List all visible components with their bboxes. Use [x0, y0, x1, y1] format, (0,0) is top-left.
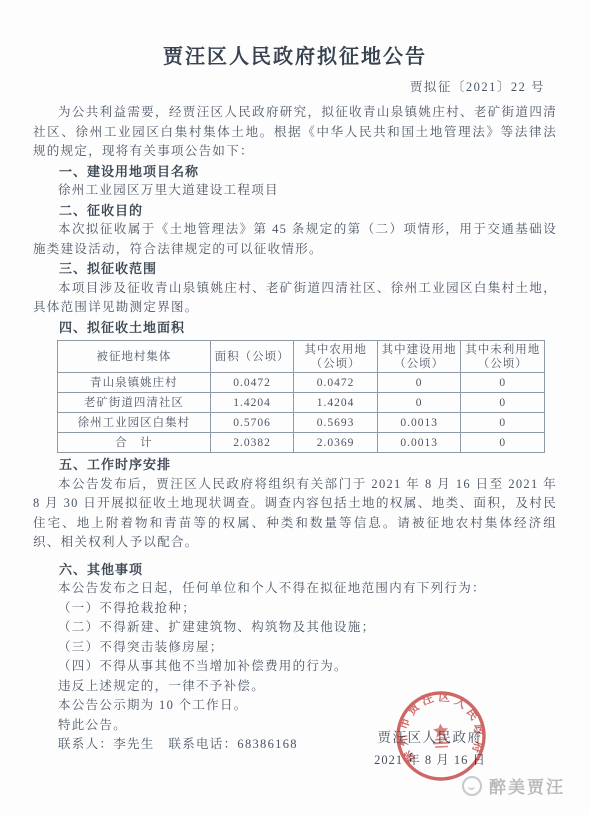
prohibited-item-1: （一）不得抢栽抢种； — [33, 599, 557, 619]
section-1-body: 徐州工业园区万里大道建设工程项目 — [33, 181, 557, 201]
section-4-title: 四、拟征收土地面积 — [33, 318, 557, 338]
announcement-document: 贾汪区人民政府拟征地公告 贾拟征〔2021〕22 号 为公共利益需要，经贾汪区人… — [0, 0, 590, 815]
section-6-title: 六、其他事项 — [33, 560, 557, 580]
section-5-body: 本公告发布后，贾汪区人民政府将组织有关部门于 2021 年 8 月 16 日至 … — [33, 475, 557, 553]
table-total-row: 合 计 2.0382 2.0369 0.0013 0 — [58, 433, 545, 453]
section-6-intro: 本公告发布之日起，任何单位和个人不得在拟征地范围内有下列行为： — [33, 579, 557, 599]
table-cell: 0 — [461, 373, 545, 393]
table-cell: 青山泉镇姚庄村 — [58, 373, 211, 393]
table-cell: 1.4204 — [210, 393, 294, 413]
document-number: 贾拟征〔2021〕22 号 — [33, 79, 545, 96]
official-seal: 徐州市贾汪区人民政府 — [391, 686, 492, 787]
table-cell: 0.0013 — [377, 413, 461, 433]
table-cell: 0.0013 — [377, 433, 461, 453]
table-header-area: 面积（公顷） — [210, 341, 294, 373]
table-row: 青山泉镇姚庄村 0.0472 0.0472 0 0 — [58, 373, 545, 393]
section-3-body: 本项目涉及征收青山泉镇姚庄村、老矿街道四清社区、徐州工业园区白集村土地，具体范围… — [33, 279, 557, 318]
table-cell: 0 — [377, 373, 461, 393]
table-cell: 徐州工业园区白集村 — [58, 413, 211, 433]
seal-emblem-icon — [432, 723, 450, 748]
table-row: 徐州工业园区白集村 0.5706 0.5693 0.0013 0 — [58, 413, 545, 433]
table-cell: 0.0472 — [294, 373, 378, 393]
table-header-farmland: 其中农用地 （公顷） — [294, 341, 378, 373]
seal-ring — [396, 691, 486, 781]
section-1-title: 一、建设用地项目名称 — [33, 162, 557, 182]
table-cell: 1.4204 — [294, 393, 378, 413]
prohibited-item-2: （二）不得新建、扩建建筑物、构筑物及其他设施； — [33, 618, 557, 638]
section-3-title: 三、拟征收范围 — [33, 259, 557, 279]
table-header-village: 被征地村集体 — [58, 341, 211, 373]
section-2-title: 二、征收目的 — [33, 201, 557, 221]
section-2-body: 本次拟征收属于《土地管理法》第 45 条规定的第（二）项情形，用于交通基础设施类… — [33, 220, 557, 259]
table-header-construction: 其中建设用地 （公顷） — [377, 341, 461, 373]
intro-paragraph: 为公共利益需要，经贾汪区人民政府研究，拟征收青山泉镇姚庄村、老矿街道四清社区、徐… — [33, 103, 557, 162]
table-cell: 0.5693 — [294, 413, 378, 433]
table-header-row: 被征地村集体 面积（公顷） 其中农用地 （公顷） 其中建设用地 （公顷） 其中未… — [58, 341, 545, 373]
prohibited-item-3: （三）不得突击装修房屋； — [33, 638, 557, 658]
table-cell: 0 — [461, 413, 545, 433]
table-cell: 合 计 — [58, 433, 211, 453]
land-area-table: 被征地村集体 面积（公顷） 其中农用地 （公顷） 其中建设用地 （公顷） 其中未… — [57, 340, 545, 453]
table-cell: 0.5706 — [210, 413, 294, 433]
table-cell: 老矿街道四清社区 — [58, 393, 211, 413]
table-cell: 0.0472 — [210, 373, 294, 393]
table-cell: 2.0369 — [294, 433, 378, 453]
table-row: 老矿街道四清社区 1.4204 1.4204 0 0 — [58, 393, 545, 413]
table-cell: 0 — [461, 393, 545, 413]
table-cell: 0 — [461, 433, 545, 453]
watermark-label: 醉美贾汪 — [489, 773, 565, 798]
table-header-unused: 其中未利用地 （公顷） — [461, 341, 545, 373]
prohibited-item-4: （四）不得从事其他不当增加补偿费用的行为。 — [33, 657, 557, 677]
table-cell: 0 — [377, 393, 461, 413]
page-title: 贾汪区人民政府拟征地公告 — [33, 44, 557, 70]
section-5-title: 五、工作时序安排 — [33, 455, 557, 475]
table-cell: 2.0382 — [210, 433, 294, 453]
